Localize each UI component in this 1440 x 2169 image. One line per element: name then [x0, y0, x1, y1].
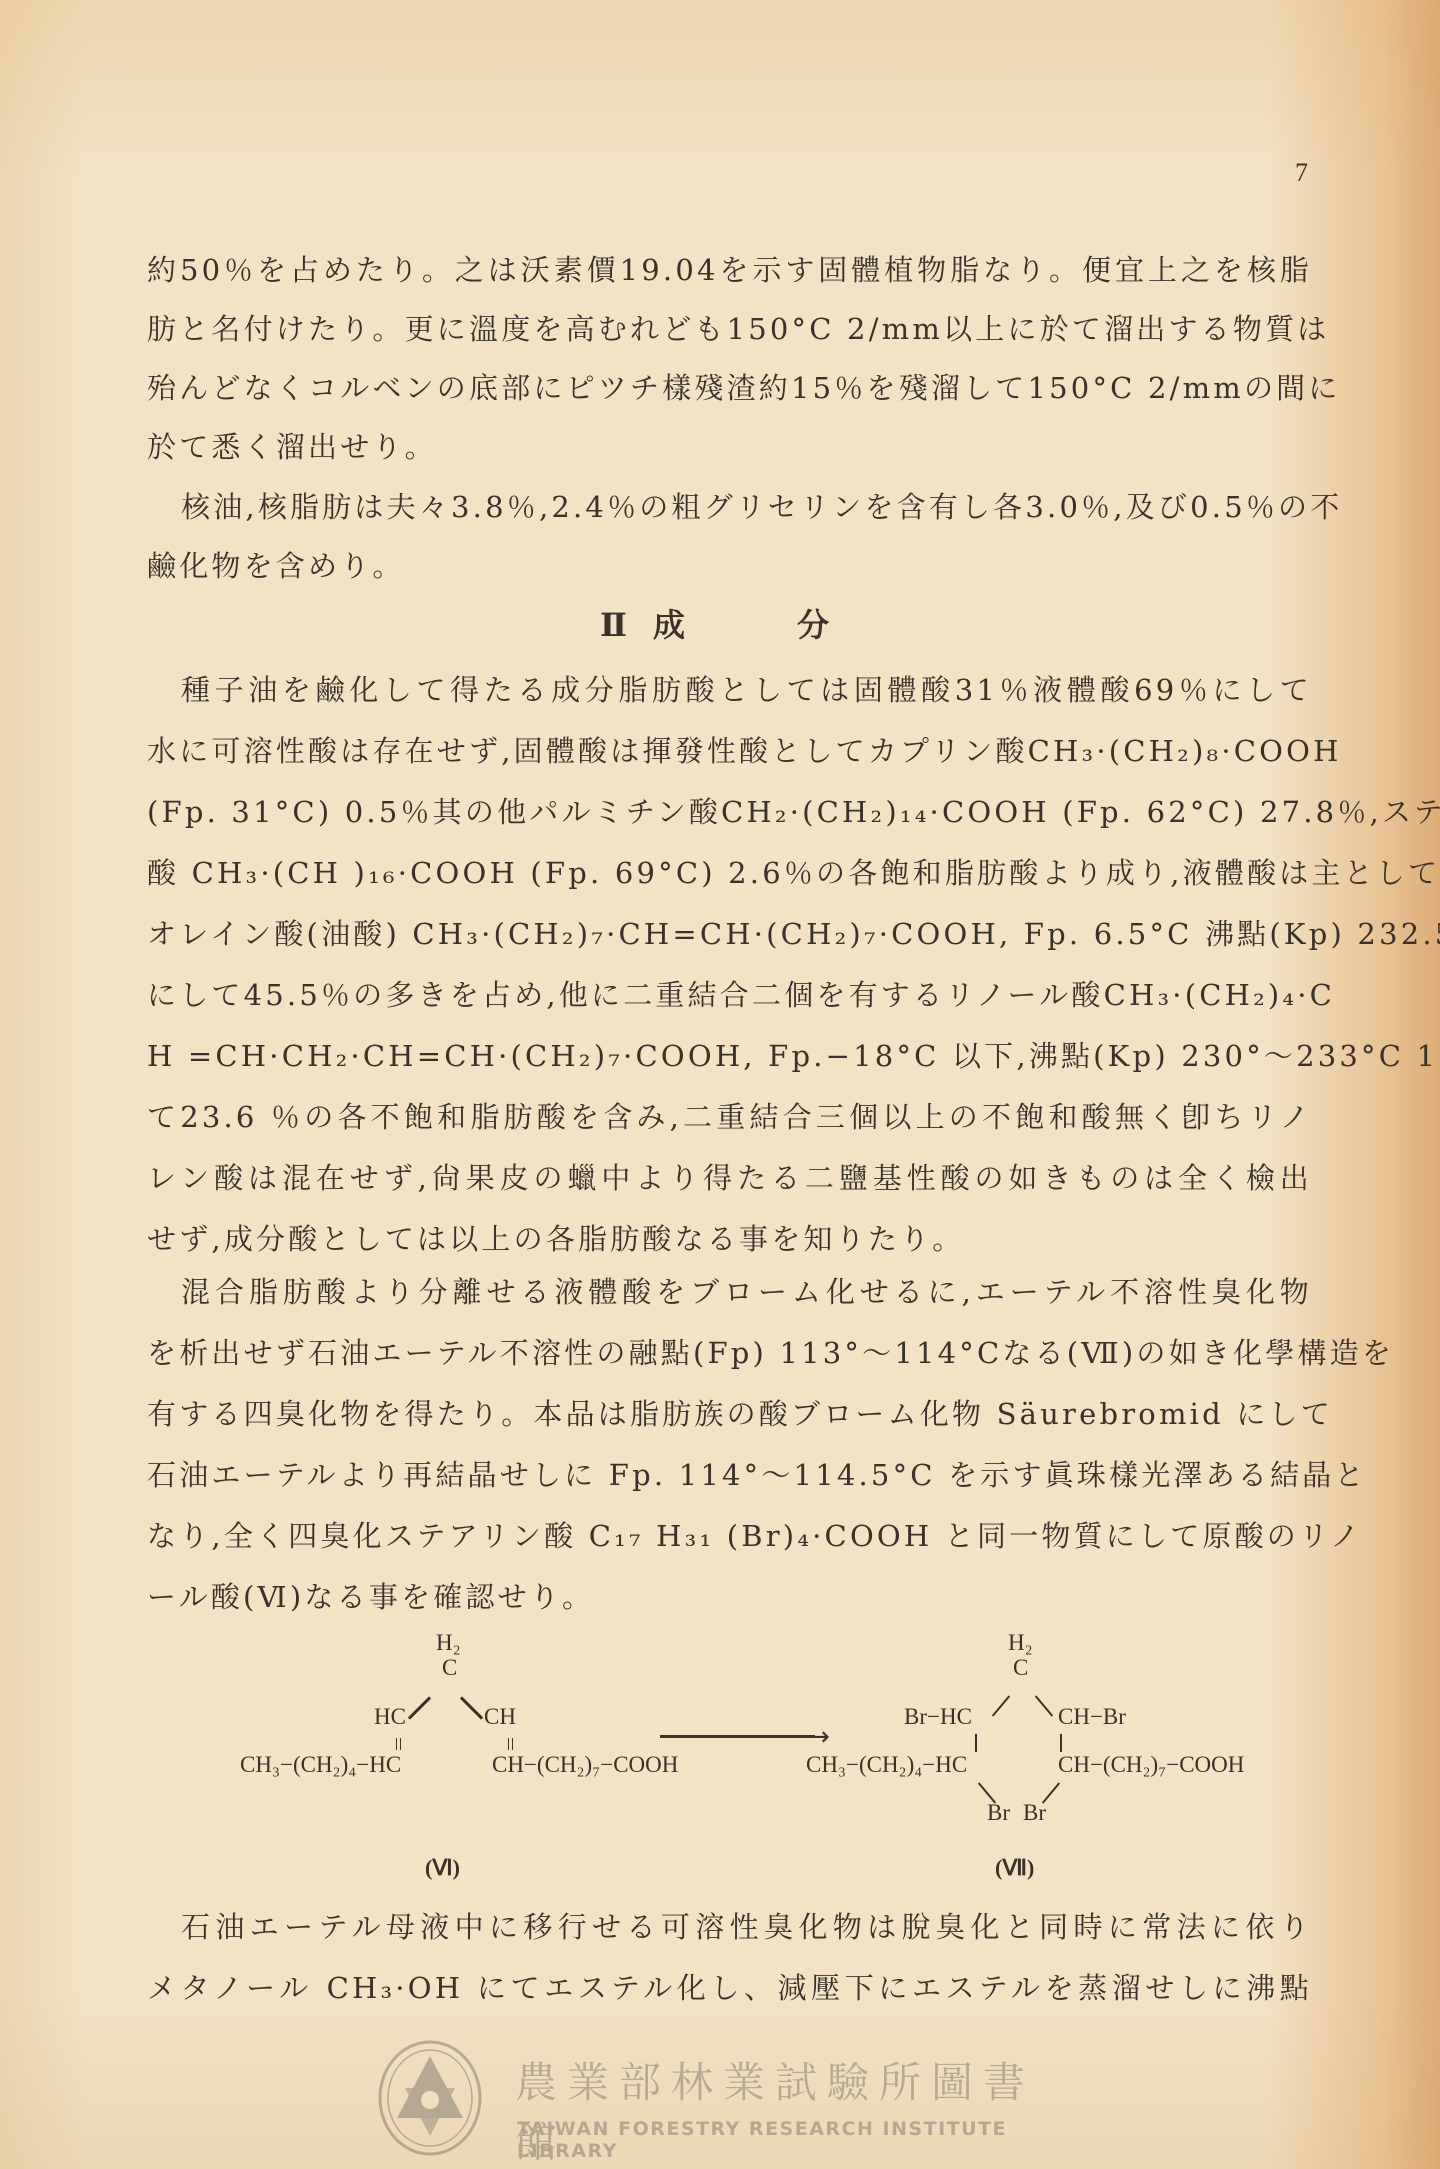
- bond-single: [1035, 1695, 1053, 1716]
- text-line: 有する四臭化物を得たり。本品は脂肪族の酸ブローム化物 Säurebromid に…: [147, 1384, 1312, 1444]
- library-name-english: TAIWAN FORESTRY RESEARCH INSTITUTE LIBRA…: [517, 2118, 1075, 2162]
- group-br-hc: Br−HC: [904, 1704, 972, 1730]
- text-line: H =CH·CH₂·CH=CH·(CH₂)₇·COOH, Fp.−18°C 以下…: [147, 1026, 1312, 1086]
- text-line: オレイン酸(油酸) CH₃·(CH₂)₇·CH=CH·(CH₂)₇·COOH, …: [147, 904, 1312, 964]
- arrow-right-icon: →: [808, 1722, 830, 1752]
- section-title-word1: 成: [653, 606, 687, 644]
- bond-single: [1060, 1734, 1062, 1752]
- text-line: 水に可溶性酸は存在せず,固體酸は揮發性酸としてカプリン酸CH₃·(CH₂)₈·C…: [147, 721, 1312, 781]
- text-line: を析出せず石油エーテル不溶性の融點(Fp) 113°〜114°Cなる(Ⅶ)の如き…: [147, 1323, 1312, 1383]
- text-line: なり,全く四臭化ステアリン酸 C₁₇ H₃₁ (Br)₄·COOH と同一物質に…: [147, 1506, 1312, 1566]
- text-line: にして45.5％の多きを占め,他に二重結合二個を有するリノール酸CH₃·(CH₂…: [147, 965, 1312, 1025]
- group-ch: CH: [484, 1704, 516, 1730]
- text-line: メタノール CH₃·OH にてエステル化し、減壓下にエステルを蒸溜せしに沸點: [147, 1958, 1312, 2018]
- library-watermark: 農業部林業試驗所圖書館 TAIWAN FORESTRY RESEARCH INS…: [375, 2030, 1075, 2169]
- atom-h2: H₂: [1008, 1630, 1033, 1656]
- text-line: 核油,核脂肪は夫々3.8％,2.4％の粗グリセリンを含有し各3.0％,及び0.5…: [147, 477, 1312, 537]
- text-line: 種子油を鹼化して得たる成分脂肪酸としては固體酸31％液體酸69％にして: [147, 660, 1312, 720]
- bond-single: [975, 1734, 977, 1752]
- reaction-arrow-line: [660, 1735, 815, 1738]
- bond-single: [992, 1695, 1010, 1716]
- structure-label-vii: (Ⅶ): [995, 1855, 1034, 1881]
- text-line: 石油エーテルより再結晶せしに Fp. 114°〜114.5°C を示す眞珠樣光澤…: [147, 1445, 1312, 1505]
- chain-right: CH−(CH₂)₇−COOH: [492, 1752, 678, 1778]
- chain-left: CH₃−(CH₂)₄−HC: [240, 1752, 401, 1778]
- bond-double: [400, 1738, 401, 1750]
- page-number: 7: [1295, 158, 1308, 188]
- text-line: 混合脂肪酸より分離せる液體酸をブローム化せるに,エーテル不溶性臭化物: [147, 1262, 1312, 1322]
- chain-right: CH−(CH₂)₇−COOH: [1058, 1752, 1244, 1778]
- atom-c: C: [1013, 1655, 1028, 1681]
- text-line: (Fp. 31°C) 0.5％其の他パルミチン酸CH₂·(CH₂)₁₄·COOH…: [147, 782, 1312, 842]
- text-line: て23.6 ％の各不飽和脂肪酸を含み,二重結合三個以上の不飽和酸無く卽ちリノ: [147, 1087, 1312, 1147]
- chain-left: CH₃−(CH₂)₄−HC: [806, 1752, 967, 1778]
- text-line: レン酸は混在せず,尙果皮の蠟中より得たる二鹽基性酸の如きものは全く檢出: [147, 1148, 1312, 1208]
- structure-label-vi: (Ⅵ): [425, 1855, 460, 1881]
- group-ch-br: CH−Br: [1058, 1704, 1126, 1730]
- text-line: ール酸(Ⅵ)なる事を確認せり。: [147, 1567, 594, 1627]
- section-title-word2: 分: [797, 606, 831, 644]
- atom-br: Br: [1023, 1800, 1046, 1826]
- bond-double: [508, 1738, 509, 1750]
- text-line: 約50％を占めたり。之は沃素價19.04を示す固體植物脂なり。便宜上之を核脂: [147, 240, 1312, 300]
- bond-double: [512, 1738, 513, 1750]
- institute-logo-icon: [375, 2038, 485, 2158]
- text-line: 鹼化物を含めり。: [147, 536, 405, 596]
- text-line: 殆んどなくコルベンの底部にピツチ樣殘渣約15％を殘溜して150°C 2/mmの間…: [147, 358, 1312, 418]
- section-heading: Ⅱ成分: [600, 600, 831, 646]
- bond-single: [460, 1696, 483, 1719]
- section-number: Ⅱ: [600, 606, 629, 644]
- text-line: せず,成分酸としては以上の各脂肪酸なる事を知りたり。: [147, 1209, 964, 1269]
- group-hc: HC: [374, 1704, 406, 1730]
- text-line: 酸 CH₃·(CH )₁₆·COOH (Fp. 69°C) 2.6％の各飽和脂肪…: [147, 843, 1312, 903]
- text-line: 肪と名付けたり。更に溫度を高むれども150°C 2/mm以上に於て溜出する物質は: [147, 299, 1312, 359]
- text-line: 於て悉く溜出せり。: [147, 417, 437, 477]
- bond-double: [396, 1738, 397, 1750]
- atom-c: C: [442, 1655, 457, 1681]
- atom-br: Br: [987, 1800, 1010, 1826]
- bond-single: [408, 1696, 431, 1719]
- text-line: 石油エーテル母液中に移行せる可溶性臭化物は脫臭化と同時に常法に依り: [147, 1897, 1312, 1957]
- atom-h2: H₂: [436, 1630, 461, 1656]
